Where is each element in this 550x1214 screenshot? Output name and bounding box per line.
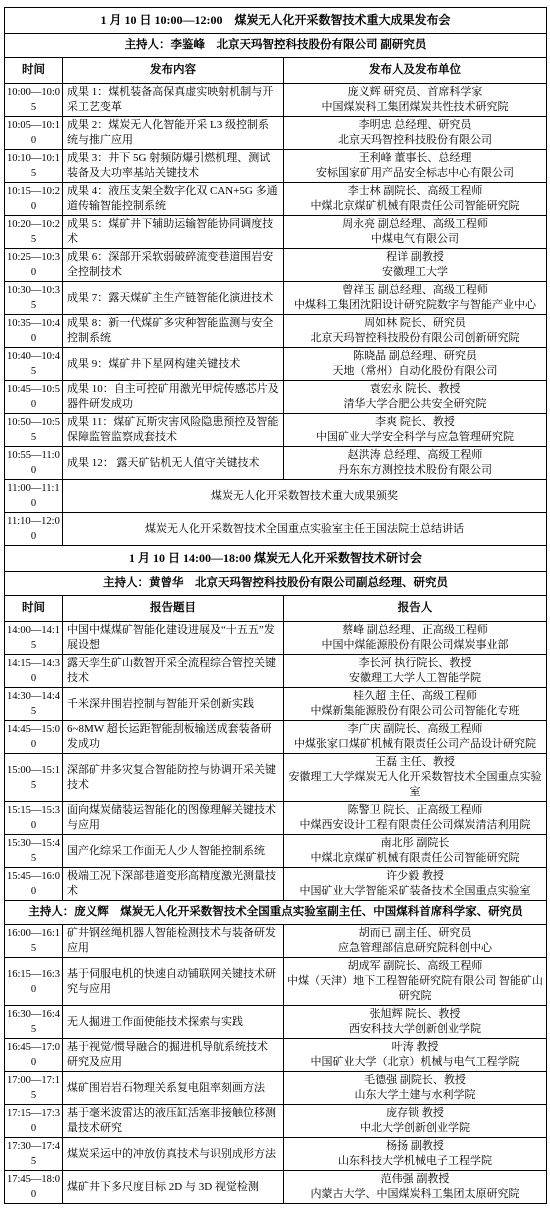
presenter-cell: 王利峰 董事长、总经理安标国家矿用产品安全标志中心有限公司 [284,150,547,183]
session2-header-block: 1 月 10 日 14:00—18:00 煤炭无人化开采数智技术研讨会 主持人：… [5,546,547,622]
presenter-cell: 杨扬 副教授山东科技大学机械电子工程学院 [284,1138,547,1171]
presenter-organization: 清华大学合肥公共安全研究院 [287,397,543,412]
presenter-name-title: 程详 副教授 [287,250,543,265]
session2-moderator-row: 主持人：黄曾华 北京天玛智控科技股份有限公司副总经理、研究员 [5,572,547,596]
session2-rows-part1: 14:00—14:15中国中煤煤矿智能化建设进展及“十五五”发展设想蔡峰 副总经… [5,622,547,901]
time-cell: 15:45—16:00 [5,868,63,901]
time-cell: 10:10—10:15 [5,150,63,183]
topic-cell: 成果 9：煤矿井下星网构建关键技术 [63,348,284,381]
presenter-cell: 程详 副教授安徽理工大学 [284,249,547,282]
topic-cell: 成果 8：新一代煤矿多灾种智能监测与安全控制系统 [63,315,284,348]
topic-cell: 成果 10：自主可控矿用激光甲烷传感芯片及器件研发成功 [63,381,284,414]
presenter-organization: 中煤北京煤矿机械有限责任公司智能研究院 [287,851,543,866]
session2-moderator2: 主持人：庞义辉 煤炭无人化开采数智技术全国重点实验室副主任、中国煤科首席科学家、… [5,901,547,925]
presenter-organization: 应急管理部信息研究院科创中心 [287,941,543,956]
topic-cell: 千米深井围岩控制与智能开采创新实践 [63,688,284,721]
time-cell: 10:55—11:00 [5,447,63,480]
topic-cell: 极端工况下深部巷道变形高精度激光测量技术 [63,868,284,901]
topic-cell: 成果 5：煤矿井下辅助运输智能协同调度技术 [63,216,284,249]
schedule-row: 16:30—16:45无人掘进工作面使能技术探索与实践张旭辉 院长、教授西安科技… [5,1006,547,1039]
presenter-cell: 周永亮 副总经理、高级工程师中煤电气有限公司 [284,216,547,249]
presenter-organization: 中国煤炭科工集团煤炭共性技术研究院 [287,100,543,115]
time-cell: 14:00—14:15 [5,622,63,655]
session2-moderator: 主持人：黄曾华 北京天玛智控科技股份有限公司副总经理、研究员 [5,572,547,596]
topic-cell: 成果 7：露天煤矿主生产链智能化演进技术 [63,282,284,315]
schedule-row: 10:55—11:00成果 12： 露天矿钻机无人值守关键技术赵洪涛 总经理、高… [5,447,547,480]
presenter-name-title: 曾祥玉 副总经理、高级工程师 [287,283,543,298]
schedule-row: 15:30—15:45国产化综采工作面无人少人智能控制系统南北彤 副院长中煤北京… [5,835,547,868]
time-cell: 10:20—10:25 [5,216,63,249]
session1-header-block: 1 月 10 日 10:00—12:00 煤炭无人化开采数智技术重大成果发布会 … [5,8,547,84]
presenter-cell: 赵洪涛 总经理、高级工程师丹东东方测控技术股份有限公司 [284,447,547,480]
topic-cell: 面向煤炭储装运智能化的图像理解关键技术与应用 [63,802,284,835]
presenter-name-title: 陈警卫 院长、正高级工程师 [287,803,543,818]
schedule-row: 16:00—16:15矿井钢丝绳机器人智能检测技术与装备研发应用胡而已 副主任、… [5,925,547,958]
presenter-organization: 中北大学创新创业学院 [287,1121,543,1136]
presenter-name-title: 周永亮 副总经理、高级工程师 [287,217,543,232]
time-cell: 17:30—17:45 [5,1138,63,1171]
schedule-row: 10:25—10:30成果 6：深部开采软弱破碎流变巷道围岩安全控制技术程详 副… [5,249,547,282]
topic-cell: 煤炭采运中的冲放仿真技术与识别成形方法 [63,1138,284,1171]
topic-cell: 无人掘进工作面使能技术探索与实践 [63,1006,284,1039]
presenter-organization: 中煤西安设计工程有限责任公司煤炭清洁利用院 [287,818,543,833]
presenter-organization: 安徽理工大学 [287,265,543,280]
presenter-cell: 陈晓晶 副总经理、研究员天地（常州）自动化股份有限公司 [284,348,547,381]
topic-cell: 露天孪生矿山数智开采全流程综合管控关键技术 [63,655,284,688]
session2-col-topic: 报告题目 [63,596,284,622]
presenter-organization: 中煤（天津）地下工程智能研究院有限公司 智能矿山研究院 [287,974,543,1004]
schedule-page: 1 月 10 日 10:00—12:00 煤炭无人化开采数智技术重大成果发布会 … [0,0,550,1214]
full-width-event-cell: 煤炭无人化开采数智技术重大成果颁奖 [63,480,547,513]
schedule-row: 10:15—10:20成果 4：液压支架全数字化双 CAN+5G 多通道传输智能… [5,183,547,216]
presenter-cell: 毛德强 副院长、教授山东大学土建与水利学院 [284,1072,547,1105]
time-cell: 10:25—10:30 [5,249,63,282]
topic-cell: 基于毫米波雷达的液压缸活塞非接触位移测量技术研究 [63,1105,284,1138]
topic-cell: 中国中煤煤矿智能化建设进展及“十五五”发展设想 [63,622,284,655]
presenter-name-title: 杨扬 副教授 [287,1139,543,1154]
session1-rows: 10:00—10:05成果 1：煤机装备高保真虚实映射机制与开采工艺变革庞义辉 … [5,84,547,480]
presenter-cell: 庞义辉 研究员、首席科学家中国煤炭科工集团煤炭共性技术研究院 [284,84,547,117]
schedule-row: 10:30—10:35成果 7：露天煤矿主生产链智能化演进技术曾祥玉 副总经理、… [5,282,547,315]
topic-cell: 深部矿井多灾复合智能防控与协调开采关键技术 [63,754,284,802]
session1-title-row: 1 月 10 日 10:00—12:00 煤炭无人化开采数智技术重大成果发布会 [5,8,547,34]
time-cell: 10:40—10:45 [5,348,63,381]
presenter-organization: 北京天玛智控科技股份有限公司 [287,133,543,148]
schedule-row: 10:00—10:05成果 1：煤机装备高保真虚实映射机制与开采工艺变革庞义辉 … [5,84,547,117]
time-cell: 10:30—10:35 [5,282,63,315]
presenter-name-title: 李爽 院长、教授 [287,415,543,430]
schedule-row: 11:00—11:10煤炭无人化开采数智技术重大成果颁奖 [5,480,547,513]
presenter-cell: 范伟强 副教授内蒙古大学、中国煤炭科工集团太原研究院 [284,1171,547,1204]
topic-cell: 成果 3：井下 5G 射频防爆引燃机理、测试装备及大功率基站关键技术 [63,150,284,183]
topic-cell: 6~8MW 超长运距智能刮板输送成套装备研发成功 [63,721,284,754]
presenter-organization: 中国中煤能源股份有限公司煤炭事业部 [287,638,543,653]
presenter-cell: 王磊 主任、教授安徽理工大学煤炭无人化开采数智技术全国重点实验室 [284,754,547,802]
schedule-row: 14:30—14:45千米深井围岩控制与智能开采创新实践桂久超 主任、高级工程师… [5,688,547,721]
presenter-organization: 中煤北京煤矿机械有限责任公司智能研究院 [287,199,543,214]
schedule-row: 14:15—14:30露天孪生矿山数智开采全流程综合管控关键技术李长河 执行院长… [5,655,547,688]
time-cell: 16:15—16:30 [5,958,63,1006]
session1-col-presenter: 发布人及发布单位 [284,58,547,84]
schedule-row: 10:40—10:45成果 9：煤矿井下星网构建关键技术陈晓晶 副总经理、研究员… [5,348,547,381]
presenter-name-title: 王利峰 董事长、总经理 [287,151,543,166]
presenter-cell: 李长河 执行院长、教授安徽理工大学人工智能学院 [284,655,547,688]
presenter-name-title: 张旭辉 院长、教授 [287,1007,543,1022]
presenter-name-title: 李长河 执行院长、教授 [287,656,543,671]
session1-special-rows: 11:00—11:10煤炭无人化开采数智技术重大成果颁奖11:10—12:00煤… [5,480,547,546]
time-cell: 16:00—16:15 [5,925,63,958]
presenter-name-title: 毛德强 副院长、教授 [287,1073,543,1088]
schedule-row: 17:15—17:30基于毫米波雷达的液压缸活塞非接触位移测量技术研究庞存锁 教… [5,1105,547,1138]
schedule-row: 15:00—15:15深部矿井多灾复合智能防控与协调开采关键技术王磊 主任、教授… [5,754,547,802]
topic-cell: 成果 1：煤机装备高保真虚实映射机制与开采工艺变革 [63,84,284,117]
session1-moderator-row: 主持人：李鉴峰 北京天玛智控科技股份有限公司 副研究员 [5,34,547,58]
presenter-organization: 中国矿业大学安全科学与应急管理研究院 [287,430,543,445]
schedule-row: 16:45—17:00基于视觉/惯导融合的掘进机导航系统技术研究及应用叶涛 教授… [5,1039,547,1072]
presenter-organization: 丹东东方测控技术股份有限公司 [287,463,543,478]
topic-cell: 矿井钢丝绳机器人智能检测技术与装备研发应用 [63,925,284,958]
presenter-organization: 安徽理工大学煤炭无人化开采数智技术全国重点实验室 [287,770,543,800]
presenter-organization: 山东科技大学机械电子工程学院 [287,1154,543,1169]
session2-moderator2-block: 主持人：庞义辉 煤炭无人化开采数智技术全国重点实验室副主任、中国煤科首席科学家、… [5,901,547,925]
presenter-name-title: 李士林 副院长、高级工程师 [287,184,543,199]
session2-col-speaker: 报告人 [284,596,547,622]
presenter-name-title: 胡成军 副院长、高级工程师 [287,959,543,974]
schedule-row: 10:35—10:40成果 8：新一代煤矿多灾种智能监测与安全控制系统周如林 院… [5,315,547,348]
presenter-organization: 北京天玛智控科技股份有限公司创新研究院 [287,331,543,346]
schedule-row: 10:05—10:10成果 2：煤炭无人化智能开采 L3 级控制系统与推广应用李… [5,117,547,150]
schedule-row: 17:45—18:00煤矿井下多尺度目标 2D 与 3D 视觉检测范伟强 副教授… [5,1171,547,1204]
time-cell: 17:00—17:15 [5,1072,63,1105]
topic-cell: 国产化综采工作面无人少人智能控制系统 [63,835,284,868]
time-cell: 11:10—12:00 [5,513,63,546]
schedule-row: 10:10—10:15成果 3：井下 5G 射频防爆引燃机理、测试装备及大功率基… [5,150,547,183]
presenter-name-title: 陈晓晶 副总经理、研究员 [287,349,543,364]
presenter-name-title: 蔡峰 副总经理、正高级工程师 [287,623,543,638]
schedule-row: 10:50—10:55成果 11：煤矿瓦斯灾害风险隐患预控及智能保障监管监察成套… [5,414,547,447]
time-cell: 15:30—15:45 [5,835,63,868]
time-cell: 17:45—18:00 [5,1171,63,1204]
time-cell: 10:05—10:10 [5,117,63,150]
presenter-name-title: 胡而已 副主任、研究员 [287,926,543,941]
presenter-name-title: 叶涛 教授 [287,1040,543,1055]
topic-cell: 煤矿围岩岩石物理关系复电阻率刻画方法 [63,1072,284,1105]
presenter-cell: 曾祥玉 副总经理、高级工程师中煤科工集团沈阳设计研究院数字与智能产业中心 [284,282,547,315]
presenter-name-title: 桂久超 主任、高级工程师 [287,689,543,704]
time-cell: 16:30—16:45 [5,1006,63,1039]
schedule-row: 10:45—10:50成果 10：自主可控矿用激光甲烷传感芯片及器件研发成功袁宏… [5,381,547,414]
time-cell: 10:35—10:40 [5,315,63,348]
presenter-cell: 叶涛 教授中国矿业大学（北京）机械与电气工程学院 [284,1039,547,1072]
presenter-organization: 中煤电气有限公司 [287,232,543,247]
presenter-organization: 中国矿业大学（北京）机械与电气工程学院 [287,1055,543,1070]
schedule-row: 16:15—16:30基于伺服电机的快速自动铺联网关键技术研究与应用胡成军 副院… [5,958,547,1006]
time-cell: 15:15—15:30 [5,802,63,835]
session2-rows-part2: 16:00—16:15矿井钢丝绳机器人智能检测技术与装备研发应用胡而已 副主任、… [5,925,547,1204]
presenter-organization: 中煤张家口煤矿机械有限责任公司产品设计研究院 [287,737,543,752]
presenter-organization: 内蒙古大学、中国煤炭科工集团太原研究院 [287,1187,543,1202]
topic-cell: 成果 11：煤矿瓦斯灾害风险隐患预控及智能保障监管监察成套技术 [63,414,284,447]
topic-cell: 煤矿井下多尺度目标 2D 与 3D 视觉检测 [63,1171,284,1204]
topic-cell: 成果 6：深部开采软弱破碎流变巷道围岩安全控制技术 [63,249,284,282]
session2-title: 1 月 10 日 14:00—18:00 煤炭无人化开采数智技术研讨会 [5,546,547,572]
topic-cell: 成果 4：液压支架全数字化双 CAN+5G 多通道传输智能控制系统 [63,183,284,216]
presenter-cell: 南北彤 副院长中煤北京煤矿机械有限责任公司智能研究院 [284,835,547,868]
presenter-name-title: 李广庆 副院长、高级工程师 [287,722,543,737]
presenter-cell: 李爽 院长、教授中国矿业大学安全科学与应急管理研究院 [284,414,547,447]
topic-cell: 成果 2：煤炭无人化智能开采 L3 级控制系统与推广应用 [63,117,284,150]
time-cell: 11:00—11:10 [5,480,63,513]
presenter-organization: 中煤科工集团沈阳设计研究院数字与智能产业中心 [287,298,543,313]
presenter-name-title: 许少毅 教授 [287,869,543,884]
schedule-row: 15:45—16:00极端工况下深部巷道变形高精度激光测量技术许少毅 教授中国矿… [5,868,547,901]
topic-cell: 基于视觉/惯导融合的掘进机导航系统技术研究及应用 [63,1039,284,1072]
time-cell: 17:15—17:30 [5,1105,63,1138]
time-cell: 14:15—14:30 [5,655,63,688]
presenter-organization: 安标国家矿用产品安全标志中心有限公司 [287,166,543,181]
presenter-cell: 庞存锁 教授中北大学创新创业学院 [284,1105,547,1138]
presenter-cell: 李广庆 副院长、高级工程师中煤张家口煤矿机械有限责任公司产品设计研究院 [284,721,547,754]
session2-title-row: 1 月 10 日 14:00—18:00 煤炭无人化开采数智技术研讨会 [5,546,547,572]
session1-col-content: 发布内容 [63,58,284,84]
presenter-organization: 安徽理工大学人工智能学院 [287,671,543,686]
presenter-cell: 桂久超 主任、高级工程师中煤新集能源股份有限公司公司智能化专班 [284,688,547,721]
time-cell: 10:00—10:05 [5,84,63,117]
schedule-row: 17:30—17:45煤炭采运中的冲放仿真技术与识别成形方法杨扬 副教授山东科技… [5,1138,547,1171]
full-width-event-cell: 煤炭无人化开采数智技术全国重点实验室主任王国法院士总结讲话 [63,513,547,546]
presenter-cell: 袁宏永 院长、教授清华大学合肥公共安全研究院 [284,381,547,414]
time-cell: 14:30—14:45 [5,688,63,721]
schedule-row: 10:20—10:25成果 5：煤矿井下辅助运输智能协同调度技术周永亮 副总经理… [5,216,547,249]
presenter-name-title: 庞存锁 教授 [287,1106,543,1121]
presenter-cell: 胡成军 副院长、高级工程师中煤（天津）地下工程智能研究院有限公司 智能矿山研究院 [284,958,547,1006]
session1-title: 1 月 10 日 10:00—12:00 煤炭无人化开采数智技术重大成果发布会 [5,8,547,34]
time-cell: 10:45—10:50 [5,381,63,414]
time-cell: 10:50—10:55 [5,414,63,447]
topic-cell: 成果 12： 露天矿钻机无人值守关键技术 [63,447,284,480]
presenter-cell: 周如林 院长、研究员北京天玛智控科技股份有限公司创新研究院 [284,315,547,348]
presenter-cell: 李士林 副院长、高级工程师中煤北京煤矿机械有限责任公司智能研究院 [284,183,547,216]
presenter-cell: 张旭辉 院长、教授西安科技大学创新创业学院 [284,1006,547,1039]
presenter-name-title: 南北彤 副院长 [287,836,543,851]
schedule-row: 14:00—14:15中国中煤煤矿智能化建设进展及“十五五”发展设想蔡峰 副总经… [5,622,547,655]
schedule-table: 1 月 10 日 10:00—12:00 煤炭无人化开采数智技术重大成果发布会 … [4,7,547,1204]
presenter-name-title: 周如林 院长、研究员 [287,316,543,331]
presenter-name-title: 范伟强 副教授 [287,1172,543,1187]
schedule-row: 15:15—15:30面向煤炭储装运智能化的图像理解关键技术与应用陈警卫 院长、… [5,802,547,835]
topic-cell: 基于伺服电机的快速自动铺联网关键技术研究与应用 [63,958,284,1006]
presenter-cell: 陈警卫 院长、正高级工程师中煤西安设计工程有限责任公司煤炭清洁利用院 [284,802,547,835]
presenter-organization: 中国矿业大学智能采矿装备技术全国重点实验室 [287,884,543,899]
presenter-name-title: 赵洪涛 总经理、高级工程师 [287,448,543,463]
session1-column-header-row: 时间 发布内容 发布人及发布单位 [5,58,547,84]
presenter-name-title: 袁宏永 院长、教授 [287,382,543,397]
session2-moderator2-row: 主持人：庞义辉 煤炭无人化开采数智技术全国重点实验室副主任、中国煤科首席科学家、… [5,901,547,925]
time-cell: 10:15—10:20 [5,183,63,216]
presenter-organization: 西安科技大学创新创业学院 [287,1022,543,1037]
presenter-cell: 蔡峰 副总经理、正高级工程师中国中煤能源股份有限公司煤炭事业部 [284,622,547,655]
presenter-organization: 中煤新集能源股份有限公司公司智能化专班 [287,704,543,719]
time-cell: 15:00—15:15 [5,754,63,802]
presenter-cell: 胡而已 副主任、研究员应急管理部信息研究院科创中心 [284,925,547,958]
time-cell: 16:45—17:00 [5,1039,63,1072]
presenter-organization: 天地（常州）自动化股份有限公司 [287,364,543,379]
session2-column-header-row: 时间 报告题目 报告人 [5,596,547,622]
schedule-row: 17:00—17:15煤矿围岩岩石物理关系复电阻率刻画方法毛德强 副院长、教授山… [5,1072,547,1105]
presenter-cell: 许少毅 教授中国矿业大学智能采矿装备技术全国重点实验室 [284,868,547,901]
presenter-cell: 李明忠 总经理、研究员北京天玛智控科技股份有限公司 [284,117,547,150]
schedule-row: 11:10—12:00煤炭无人化开采数智技术全国重点实验室主任王国法院士总结讲话 [5,513,547,546]
presenter-organization: 山东大学土建与水利学院 [287,1088,543,1103]
presenter-name-title: 庞义辉 研究员、首席科学家 [287,85,543,100]
time-cell: 14:45—15:00 [5,721,63,754]
presenter-name-title: 李明忠 总经理、研究员 [287,118,543,133]
session1-moderator: 主持人：李鉴峰 北京天玛智控科技股份有限公司 副研究员 [5,34,547,58]
presenter-name-title: 王磊 主任、教授 [287,755,543,770]
schedule-row: 14:45—15:006~8MW 超长运距智能刮板输送成套装备研发成功李广庆 副… [5,721,547,754]
session1-col-time: 时间 [5,58,63,84]
session2-col-time: 时间 [5,596,63,622]
